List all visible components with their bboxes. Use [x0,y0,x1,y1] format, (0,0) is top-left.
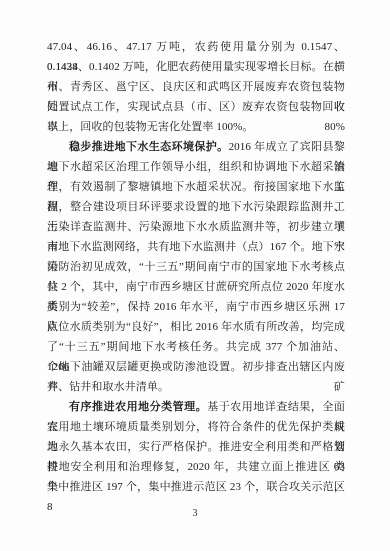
text-line: 地下水超采区治理工作领导小组，组织和协调地下水超采治理工 [47,157,345,177]
text-line: 类别为“较差”，保持 2016 年水平，南宁市西乡塘区乐洲 17 队 [47,297,345,317]
body-text: 47.04、46.16、47.17 万吨，农药使用量分别为 0.1547、0.1… [47,37,345,497]
line-text: 以上，回收的包装物无害化处置率 100%。 [47,121,254,133]
paragraph-lead-bold: 稳步推进地下水生态环境保护。 [69,141,229,153]
text-line: 作，有效遏制了黎塘镇地下水超采状况。衔接国家地下水监测工 [47,177,345,197]
text-line: 个地下油罐双层罐更换或防渗池设置。初步排查出辖区内废弃矿 [47,357,345,377]
text-line: 共 2 个，其中，南宁市西乡塘区甘蔗研究所点位 2020 年度水质 [47,277,345,297]
text-line: 市地下水监测网络，共有地下水监测井（点）167 个。地下水污 [47,237,345,257]
paragraph-lead-bold: 有序推进农用地分类管理。 [69,401,207,413]
text-line-paragraph-heading: 有序推进农用地分类管理。基于农用地详查结果，全面完成 [47,397,345,417]
line-text: 点位水质类别为“良好”，相比 2016 年水质有所改善，均完成 [47,321,345,333]
document-page: 47.04、46.16、47.17 万吨，农药使用量分别为 0.1547、0.1… [0,0,390,551]
text-line: 0.1424、0.1402 万吨，化肥农药使用量实现零增长目标。在横州 [47,57,345,77]
text-line: 市、青秀区、邕宁区、良庆区和武鸣区开展废弃农资包装物回收 [47,77,345,97]
text-line: 点位水质类别为“良好”，相比 2016 年水质有所改善，均完成 [47,317,345,337]
text-line: 污染详查监测井、污染源地下水水质监测井等，初步建立了南宁 [47,217,345,237]
text-line: 程，整合建设项目环评要求设置的地下水污染跟踪监测井、土壤 [47,197,345,217]
text-line: 集中推进区 197 个，集中推进示范区 23 个，联合攻关示范区 8 [47,477,345,497]
text-line: 处置试点工作，实现试点县（市、区）废弃农资包装物回收率 80% [47,97,345,117]
text-line: 染防治初见成效，“十三五”期间南宁市的国家地下水考核点位 [47,257,345,277]
line-text: 井、钻井和取水井清单。 [47,381,169,393]
text-line: 47.04、46.16、47.17 万吨，农药使用量分别为 0.1547、0.1… [47,37,345,57]
text-line: 农用地土壤环境质量类别划分，将符合条件的优先保护类耕地划 [47,417,345,437]
page-number: 3 [0,508,390,519]
text-line: 耕地安全利用和治理修复，2020 年，共建立面上推进区 63 个， [47,457,345,477]
text-line: 为永久基本农田，实行严格保护。推进安全利用类和严格管控类 [47,437,345,457]
text-line: 了“十三五”期间地下水考核任务。共完成 377 个加油站、1266 [47,337,345,357]
text-line-paragraph-heading: 稳步推进地下水生态环境保护。2016 年成立了宾阳县黎塘镇 [47,137,345,157]
